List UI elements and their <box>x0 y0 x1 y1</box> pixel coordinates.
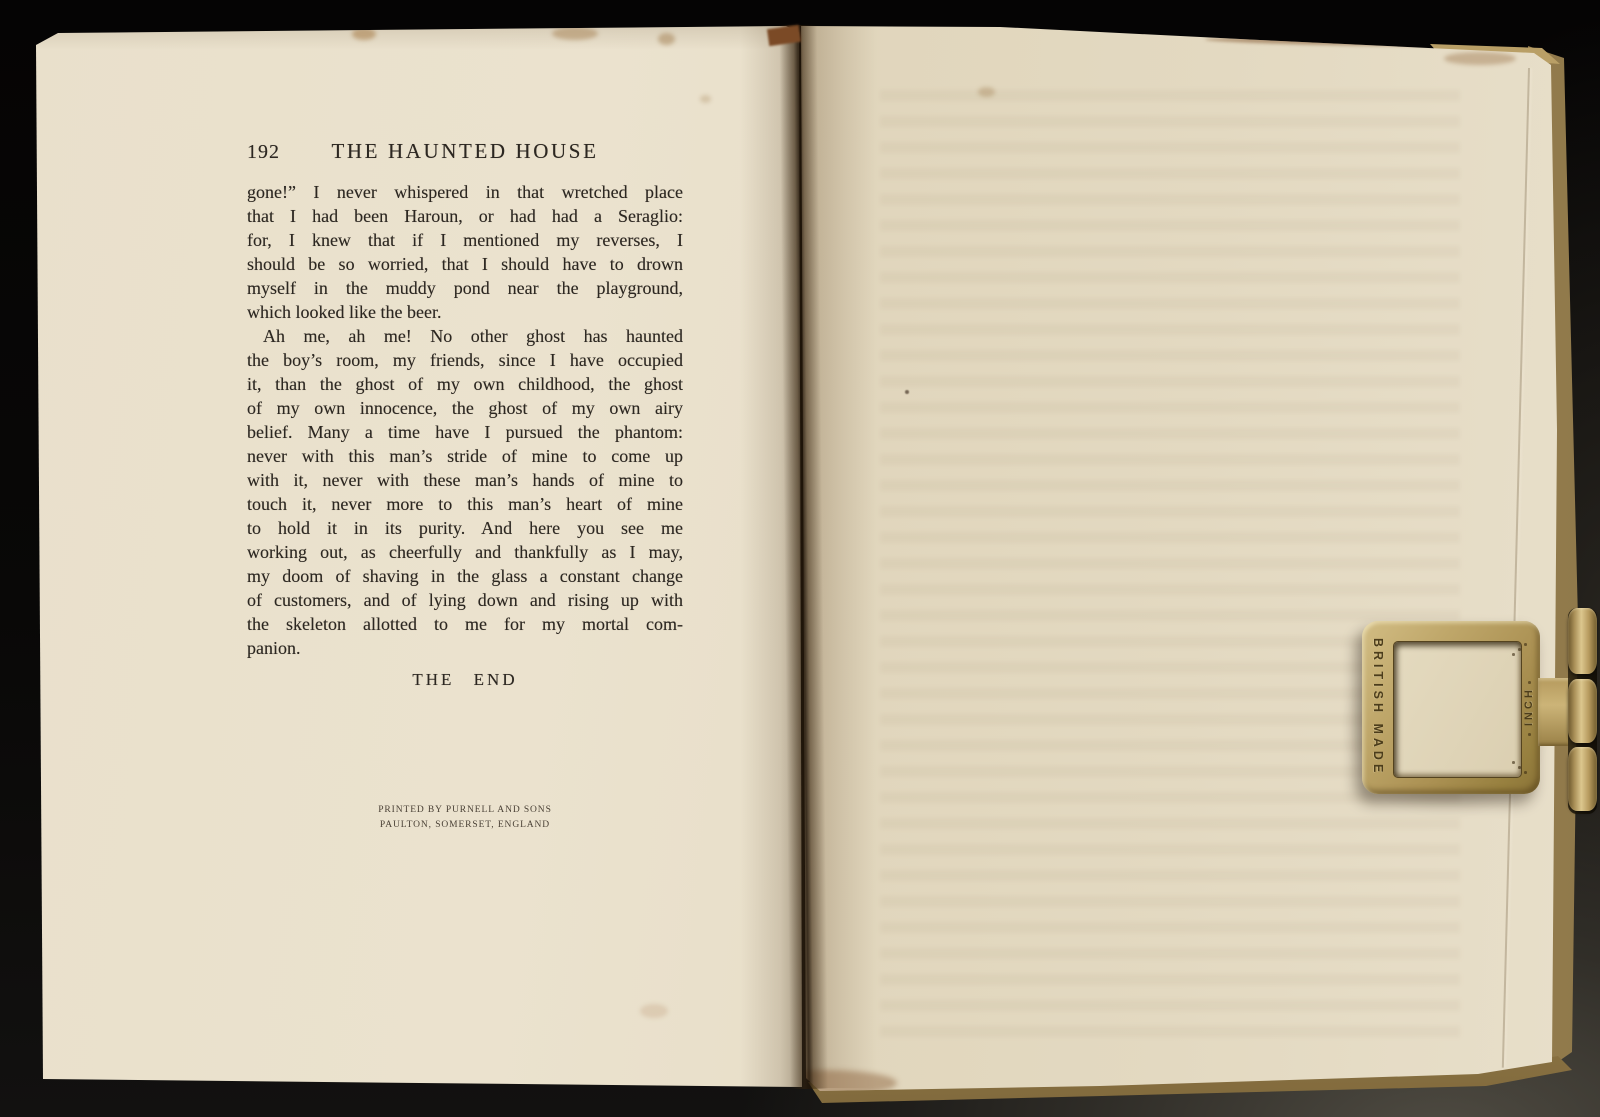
foxing-stain <box>700 95 711 103</box>
text-showthrough <box>880 90 1460 1040</box>
ink-speck <box>905 390 909 394</box>
page-title: THE HAUNTED HOUSE <box>247 139 683 164</box>
running-header: 192 THE HAUNTED HOUSE <box>247 139 683 165</box>
book-photograph: 192 THE HAUNTED HOUSE gone!” I never whi… <box>0 0 1600 1117</box>
page-number: 192 <box>247 141 280 164</box>
text-line: the skeleton allotted to me for my morta… <box>247 612 683 636</box>
hinge-knuckle <box>1568 608 1597 674</box>
text-line: the boy’s room, my friends, since I have… <box>247 348 683 372</box>
endpaper-crease <box>1502 68 1530 1068</box>
text-line: of my own innocence, the ghost of my own… <box>247 396 683 420</box>
text-line: to hold it in its purity. And here you s… <box>247 516 683 540</box>
text-line: of customers, and of lying down and risi… <box>247 588 683 612</box>
hinge-knuckle <box>1568 679 1597 743</box>
text-line: Ah me, ah me! No other ghost has haunted <box>247 324 683 348</box>
colophon-line: PRINTED BY PURNELL AND SONS <box>247 803 683 818</box>
printer-colophon: PRINTED BY PURNELL AND SONS PAULTON, SOM… <box>247 803 683 832</box>
text-line: myself in the muddy pond near the playgr… <box>247 276 683 300</box>
text-line: for, I knew that if I mentioned my rever… <box>247 228 683 252</box>
foxing-stain <box>658 33 675 45</box>
gauge-square-hole <box>1393 641 1522 778</box>
graduation-dot <box>1518 648 1521 651</box>
graduation-dot <box>1528 681 1531 684</box>
gauge-engraving-british-made: BRITISH MADE <box>1365 629 1391 785</box>
text-line: my doom of shaving in the glass a consta… <box>247 564 683 588</box>
foxing-stain <box>640 1004 668 1018</box>
colophon-line: PAULTON, SOMERSET, ENGLAND <box>247 818 683 833</box>
text-line: panion. <box>247 636 683 660</box>
graduation-dot <box>1512 761 1515 764</box>
hinge-knuckle <box>1568 747 1597 811</box>
gauge-hinge-tab <box>1538 678 1570 746</box>
text-line: gone!” I never whispered in that wretche… <box>247 180 683 204</box>
text-line: touch it, never more to this man’s heart… <box>247 492 683 516</box>
text-line: never with this man’s stride of mine to … <box>247 444 683 468</box>
the-end-label: THE END <box>247 670 683 690</box>
graduation-dot <box>1528 733 1531 736</box>
text-line: working out, as cheerfully and thankfull… <box>247 540 683 564</box>
hinge-barrel <box>1568 608 1597 814</box>
graduation-dot <box>1524 643 1527 646</box>
text-line: which looked like the beer. <box>247 300 683 324</box>
foxing-stain <box>1205 36 1450 47</box>
foxing-stain <box>552 27 598 40</box>
graduation-dot <box>1512 653 1515 656</box>
graduation-dot <box>1524 771 1527 774</box>
text-line: with it, never with these man’s hands of… <box>247 468 683 492</box>
brass-inch-gauge: BRITISH MADE INCH <box>1362 621 1540 794</box>
gauge-engraving-inch: INCH <box>1520 655 1538 759</box>
foxing-stain <box>352 28 376 40</box>
text-line: it, than the ghost of my own childhood, … <box>247 372 683 396</box>
foxing-stain <box>978 87 995 97</box>
graduation-dot <box>1518 766 1521 769</box>
foxing-stain <box>1444 52 1516 65</box>
text-line: should be so worried, that I should have… <box>247 252 683 276</box>
text-line: belief. Many a time have I pursued the p… <box>247 420 683 444</box>
body-text: gone!” I never whispered in that wretche… <box>247 180 683 660</box>
text-line: that I had been Haroun, or had had a Ser… <box>247 204 683 228</box>
